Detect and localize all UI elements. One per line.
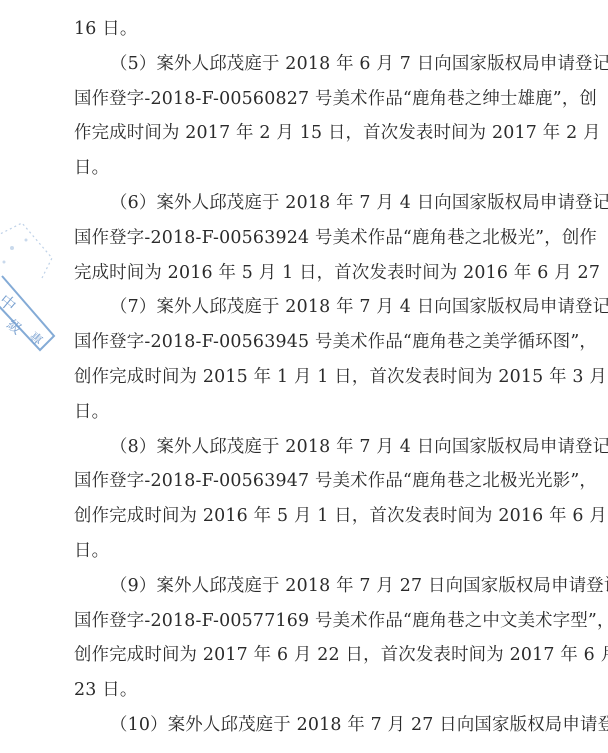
text-line: 国作登字-2018-F-00563945 号美术作品“鹿角巷之美学循环图”， <box>74 325 594 360</box>
text-line: 国作登字-2018-F-00563924 号美术作品“鹿角巷之北极光”，创作 <box>74 221 594 256</box>
text-line: 日。 <box>74 151 594 186</box>
text-line: 创作完成时间为 2016 年 5 月 1 日，首次发表时间为 2016 年 6 … <box>74 499 594 534</box>
text-line: 创作完成时间为 2017 年 6 月 22 日，首次发表时间为 2017 年 6… <box>74 638 594 673</box>
text-line: （8）案外人邱茂庭于 2018 年 7 月 4 日向国家版权局申请登记 <box>74 430 594 465</box>
text-line: 日。 <box>74 395 594 430</box>
text-line: 日。 <box>74 534 594 569</box>
seal-char-2: 級 <box>3 317 24 338</box>
text-line: 创作完成时间为 2015 年 1 月 1 日，首次发表时间为 2015 年 3 … <box>74 360 594 395</box>
official-seal-stamp: 中 級 專 <box>0 218 60 358</box>
seal-char-1: 中 <box>0 291 20 316</box>
document-page: 16 日。 （5）案外人邱茂庭于 2018 年 6 月 7 日向国家版权局申请登… <box>74 12 594 743</box>
text-line: 23 日。 <box>74 673 594 708</box>
text-line: （7）案外人邱茂庭于 2018 年 7 月 4 日向国家版权局申请登记 <box>74 290 594 325</box>
text-line: （5）案外人邱茂庭于 2018 年 6 月 7 日向国家版权局申请登记 <box>74 47 594 82</box>
text-line: （9）案外人邱茂庭于 2018 年 7 月 27 日向国家版权局申请登记 <box>74 569 594 604</box>
text-line: 国作登字-2018-F-00563947 号美术作品“鹿角巷之北极光光影”， <box>74 464 594 499</box>
text-line: 完成时间为 2016 年 5 月 1 日，首次发表时间为 2016 年 6 月 … <box>74 256 594 291</box>
text-line: （6）案外人邱茂庭于 2018 年 7 月 4 日向国家版权局申请登记 <box>74 186 594 221</box>
text-line: 16 日。 <box>74 12 594 47</box>
text-line: 国作登字-2018-F-00560827 号美术作品“鹿角巷之绅士雄鹿”，创 <box>74 82 594 117</box>
text-line: （10）案外人邱茂庭于 2018 年 7 月 27 日向国家版权局申请登 <box>74 708 594 743</box>
text-line: 作完成时间为 2017 年 2 月 15 日，首次发表时间为 2017 年 2 … <box>74 116 594 151</box>
seal-char-3: 專 <box>25 329 45 350</box>
text-line: 国作登字-2018-F-00577169 号美术作品“鹿角巷之中文美术字型”， <box>74 604 594 639</box>
